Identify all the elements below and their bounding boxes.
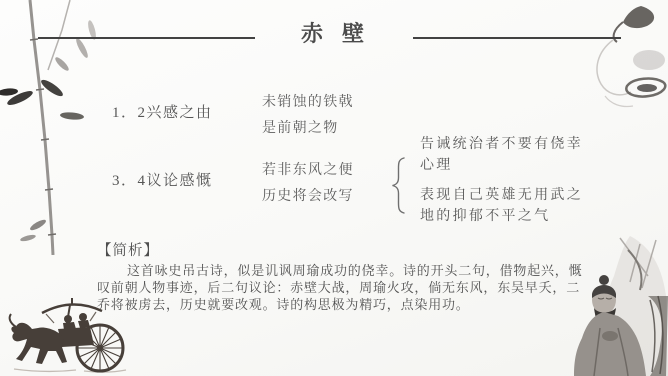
analysis-line-2: 叹前朝人物事迹，后二句议论：赤壁大战，周瑜火攻，倘无东风，东吴早夭，二: [97, 281, 580, 296]
presentation-slide: 赤壁 1．2兴感之由 未销蚀的铁戟 是前朝之物 3．4议论感慨 若非东风之便 历…: [0, 0, 668, 376]
title-rule-right: [413, 37, 621, 39]
analysis-line-3: 乔将被虏去，历史就要改观。诗的构思极为精巧，点染用功。: [97, 298, 470, 313]
annotation-2-line-2: 地的抑郁不平之气: [420, 209, 550, 225]
annotation-1-line-2: 心理: [420, 158, 453, 174]
annotation-1-line-1: 告诫统治者不要有侥幸: [420, 137, 583, 153]
section-1-line-2: 是前朝之物: [262, 121, 339, 137]
section-2-line-2: 历史将会改写: [262, 189, 354, 205]
section-2-line-1: 若非东风之便: [262, 163, 354, 179]
slide-title: 赤壁: [301, 21, 383, 46]
analysis-line-1: 这首咏史吊古诗，似是讥讽周瑜成功的侥幸。诗的开头二句，借物起兴，慨: [127, 264, 582, 279]
section-1-line-1: 未销蚀的铁戟: [262, 95, 354, 111]
chariot-ink-icon: [6, 293, 138, 375]
analysis-heading: 【简析】: [97, 243, 159, 260]
annotation-2-line-1: 表现自己英雄无用武之: [420, 188, 583, 204]
scholar-ink-icon: [570, 236, 668, 376]
title-rule-left: [38, 37, 255, 39]
section-1-label: 1．2兴感之由: [112, 105, 213, 122]
grouping-brace-icon: [389, 157, 407, 214]
section-2-label: 3．4议论感慨: [112, 173, 213, 190]
ink-splash-icon: [583, 0, 668, 135]
